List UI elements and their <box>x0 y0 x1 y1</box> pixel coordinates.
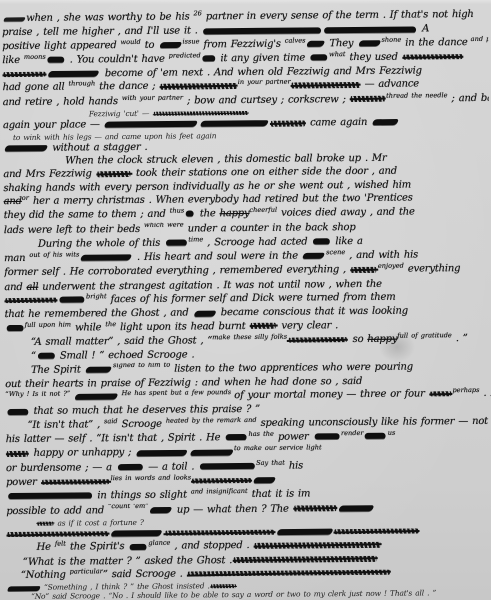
handwritten-text: had gone all <box>3 82 69 94</box>
scribbled-out-text <box>351 96 385 102</box>
scribbled-out-text <box>211 584 236 588</box>
interlinear-insertion: He has spent but a few pounds <box>118 388 234 397</box>
interlinear-insertion: shone <box>381 35 401 43</box>
interlinear-insertion: moons <box>24 53 46 61</box>
handwritten-text: positive light appeared <box>2 40 120 52</box>
interlinear-insertion: felt <box>55 540 66 548</box>
handwritten-text: power <box>274 431 313 442</box>
ink-blot <box>159 42 181 48</box>
handwritten-text: He <box>37 542 55 553</box>
interlinear-insertion: lies in words and looks <box>111 473 192 482</box>
handwritten-text: again your place — <box>3 119 104 131</box>
ink-blot <box>190 449 233 456</box>
scribbled-out-text <box>234 556 377 563</box>
interlinear-insertion: bright <box>86 292 107 300</box>
ink-blot <box>74 394 117 401</box>
ink-blot <box>193 310 215 316</box>
ink-blot <box>203 27 322 34</box>
scribbled-out-text <box>430 391 451 397</box>
scribbled-out-text <box>6 297 56 303</box>
interlinear-insertion: with your partner <box>122 93 183 102</box>
handwritten-text: as if it cost a fortune ? <box>54 518 144 528</box>
interlinear-insertion: what <box>329 50 346 58</box>
handwritten-text: They <box>325 38 357 49</box>
interlinear-insertion: said <box>104 417 118 425</box>
interlinear-insertion: make these silly folks <box>212 332 287 341</box>
handwritten-text: power <box>6 477 41 488</box>
handwritten-text: his latter — self . “It isn't that , Spi… <box>6 432 225 445</box>
interlinear-insertion: thus <box>170 207 185 215</box>
handwritten-text: speaking unconsciously like his former —… <box>257 416 488 429</box>
interlinear-insertion: cheerful <box>249 206 277 214</box>
ink-blot <box>129 543 147 549</box>
interlinear-insertion: time <box>188 235 203 243</box>
ink-blot <box>149 507 171 513</box>
ink-blot <box>253 477 275 483</box>
handwritten-text: praise , tell me higher , and I'll use i… <box>2 26 202 39</box>
interlinear-insertion: full of gratitude <box>397 332 452 340</box>
handwritten-text: — a toil . <box>144 461 198 472</box>
handwritten-text: the dance ; <box>95 81 159 93</box>
handwritten-text: they did the same to them ; and <box>4 209 170 221</box>
handwritten-text: while <box>71 322 105 333</box>
handwritten-text: that so much that he deserves this prais… <box>30 404 261 417</box>
ink-blot <box>338 505 373 511</box>
handwritten-text: his <box>285 460 303 471</box>
interlinear-insertion: scene <box>326 248 345 256</box>
scribbled-out-text <box>251 323 276 329</box>
handwritten-text: in things so slight <box>93 490 191 502</box>
interlinear-insertion: to make our service light <box>234 444 322 453</box>
interlinear-insertion: us <box>388 429 396 437</box>
ink-blot <box>7 493 92 500</box>
handwritten-text: former self . He corroborated everything… <box>4 265 350 279</box>
handwritten-text: like <box>2 55 24 66</box>
ink-blot <box>310 54 328 60</box>
handwritten-text: in the dance <box>401 37 467 49</box>
handwritten-text: the Spirit's <box>66 541 129 553</box>
handwritten-text: the <box>196 208 220 219</box>
struck-text: and <box>4 196 22 207</box>
ink-blot <box>37 353 55 359</box>
handwritten-text: they used <box>346 51 402 62</box>
handwritten-text: man <box>4 253 29 264</box>
manuscript-page: when , she was worthy to be his 26 partn… <box>2 8 491 600</box>
handwritten-text: and <box>4 282 26 293</box>
handwritten-text: , and with his <box>345 250 418 262</box>
interlinear-insertion: or <box>22 194 29 202</box>
struck-text: happy <box>367 334 397 345</box>
ink-blot <box>225 434 247 440</box>
ink-blot <box>105 121 199 128</box>
interlinear-insertion: heated by the remark and <box>166 416 257 425</box>
handwritten-text: that he remembered the Ghost , and <box>5 308 193 321</box>
handwritten-text: . You couldn't have <box>66 54 169 66</box>
handwritten-text: light upon its head burnt <box>116 321 249 333</box>
ink-blot <box>358 40 380 46</box>
handwritten-text: or burdensome ; — a <box>6 462 116 474</box>
handwritten-text: “It isn't that” , <box>27 419 104 431</box>
handwritten-text: that it is im <box>248 489 311 501</box>
handwritten-text: lads were left to their beds <box>4 223 144 235</box>
scribbled-out-text <box>294 505 336 511</box>
interlinear-insertion: full upon him <box>25 320 71 328</box>
ink-blot <box>48 71 100 78</box>
scribbled-out-text <box>271 120 305 126</box>
ink-blot <box>276 529 332 536</box>
ink-blot <box>4 145 47 152</box>
ink-blot <box>314 433 340 439</box>
handwritten-text: became conscious that it was looking <box>217 306 408 319</box>
interlinear-insertion: perhaps <box>452 387 479 394</box>
handwritten-text: A <box>418 24 429 35</box>
handwritten-text: — advance <box>361 79 419 91</box>
handwritten-text: of your mortal money — three or four <box>234 389 429 402</box>
interlinear-insertion: thread the needle <box>386 92 447 100</box>
scribbled-out-text <box>4 72 46 78</box>
ink-blot <box>202 55 216 61</box>
scribbled-out-text <box>288 337 347 343</box>
handwritten-text: when , she was worthy to be his <box>26 11 193 23</box>
ink-blot <box>47 57 65 63</box>
handwritten-text: to <box>141 39 159 50</box>
interlinear-insertion: which were <box>144 221 184 229</box>
page-number: 26 <box>193 9 201 17</box>
ink-blot <box>185 211 194 217</box>
handwritten-text: up — what then ? The <box>173 503 293 515</box>
scribbled-out-text <box>7 451 28 457</box>
scribbled-out-text <box>42 479 109 485</box>
interlinear-insertion: through <box>68 80 95 88</box>
scribbled-out-text <box>351 267 376 273</box>
handwritten-text: , Scrooge had acted <box>203 236 311 248</box>
scribbled-out-text <box>292 82 359 88</box>
interlinear-insertion: enjoyed <box>378 262 404 270</box>
ink-blot <box>165 240 187 246</box>
handwritten-text: “A small matter” , said the Ghost , “ <box>31 335 213 348</box>
handwritten-text: voices died away , and the <box>277 207 415 219</box>
ink-blot <box>303 253 325 259</box>
handwritten-text: came again <box>306 117 371 129</box>
ink-blot <box>111 530 163 537</box>
handwritten-text: very clear . <box>277 320 338 332</box>
interlinear-insertion: predicted <box>169 51 201 59</box>
handwritten-text: took their stations one on either side t… <box>132 166 397 179</box>
handwritten-text: happy or unhappy ; <box>30 447 136 459</box>
handwritten-text: “What is the matter ? ” asked the Ghost … <box>23 555 233 568</box>
ink-blot <box>6 325 24 331</box>
scribbled-out-text <box>193 478 252 484</box>
handwritten-text: and Mrs Fezziwig <box>3 169 95 181</box>
handwritten-text: . His heart and soul were in the <box>133 251 302 263</box>
scribbled-out-text <box>37 521 53 525</box>
ink-blot <box>200 121 269 128</box>
interlinear-insertion: and part of <box>467 35 488 42</box>
ink-blot <box>372 120 399 126</box>
handwritten-text: without a stagger . <box>48 142 147 154</box>
handwritten-text: Fezziwig 'cut' — <box>89 109 153 119</box>
ink-blot <box>136 449 188 456</box>
handwritten-text: like a <box>331 236 362 247</box>
handwritten-text: under a counter in the back shop <box>184 222 356 234</box>
interlinear-insertion: Say that <box>256 458 285 466</box>
handwritten-text: possible to add and <box>6 505 108 517</box>
handwritten-text: During the whole of this <box>38 238 164 250</box>
ink-blot <box>117 464 143 470</box>
interlinear-insertion: in your partner <box>238 78 291 86</box>
manuscript-scan: when , she was worthy to be his 26 partn… <box>0 0 491 600</box>
interlinear-insertion: glance <box>148 539 170 547</box>
scribbled-out-text <box>165 529 274 536</box>
scribbled-out-text <box>153 111 248 116</box>
struck-text: happy <box>220 208 250 219</box>
interlinear-insertion: calves <box>285 36 306 44</box>
scribbled-out-text <box>161 83 237 89</box>
ink-blot <box>306 40 324 46</box>
struck-text: all <box>26 282 38 293</box>
ink-blot <box>80 255 132 262</box>
interlinear-insertion: has the <box>248 430 274 438</box>
handwritten-text: ; and back <box>447 92 488 103</box>
handwritten-text: her a merry christmas . When everybody h… <box>29 192 413 206</box>
handwritten-text: . ” <box>452 333 468 344</box>
interlinear-insertion: particular <box>70 567 103 575</box>
handwritten-text: to wink with his legs — and came upon hi… <box>13 131 216 142</box>
ink-blot <box>8 586 41 591</box>
handwritten-text: “ <box>31 351 36 362</box>
handwritten-text: ” said Scrooge . <box>103 568 187 580</box>
handwritten-text: Scrooge <box>118 418 166 429</box>
scribbled-out-text <box>188 569 390 576</box>
handwritten-text: , and stopped . <box>170 540 253 552</box>
scribbled-out-text <box>335 528 419 534</box>
ink-blot <box>365 433 387 439</box>
handwritten-text: partner in every sense of the term . If … <box>202 9 474 22</box>
ink-blot <box>324 26 417 33</box>
handwritten-text: everything <box>404 264 461 275</box>
scribbled-out-text <box>8 531 109 537</box>
interlinear-insertion: render <box>341 429 364 437</box>
interlinear-insertion: out of his wits <box>29 251 79 259</box>
handwritten-text: so <box>349 334 368 345</box>
handwritten-text: ; bow and curtsey ; corkscrew ; <box>183 94 350 106</box>
interlinear-insertion: signed to him to <box>113 361 170 369</box>
ink-blot <box>85 366 112 372</box>
handwritten-text: . Is <box>479 388 491 399</box>
interlinear-insertion: would <box>120 37 140 45</box>
scribbled-out-text <box>97 171 131 177</box>
ink-blot <box>59 297 85 303</box>
ink-blot <box>7 409 29 415</box>
handwritten-text: Small ! ” echoed Scrooge . <box>56 350 195 362</box>
scribbled-out-text <box>403 54 462 60</box>
interlinear-insertion: “Why ! Is it not ?” <box>5 390 73 399</box>
handwritten-text: “Nothing <box>21 569 70 580</box>
interlinear-insertion: “count 'em” <box>108 502 149 510</box>
interlinear-insertion: and insignificant <box>191 487 248 495</box>
interlinear-insertion: issue <box>182 37 199 45</box>
handwritten-text: The Spirit <box>31 364 85 375</box>
ink-blot <box>313 238 331 244</box>
handwritten-text: from Fezziwig's <box>199 38 284 50</box>
ink-blot <box>3 17 25 21</box>
handwritten-text: listen to the two apprentices who were p… <box>170 361 413 374</box>
ink-blot <box>199 463 255 470</box>
handwritten-text: faces of his former self and Dick were t… <box>107 292 396 306</box>
handwritten-text: it any given time <box>216 52 309 64</box>
scribbled-out-text <box>255 542 381 549</box>
handwritten-text: and retire , hold hands <box>3 96 122 108</box>
interlinear-insertion: the <box>105 320 116 328</box>
